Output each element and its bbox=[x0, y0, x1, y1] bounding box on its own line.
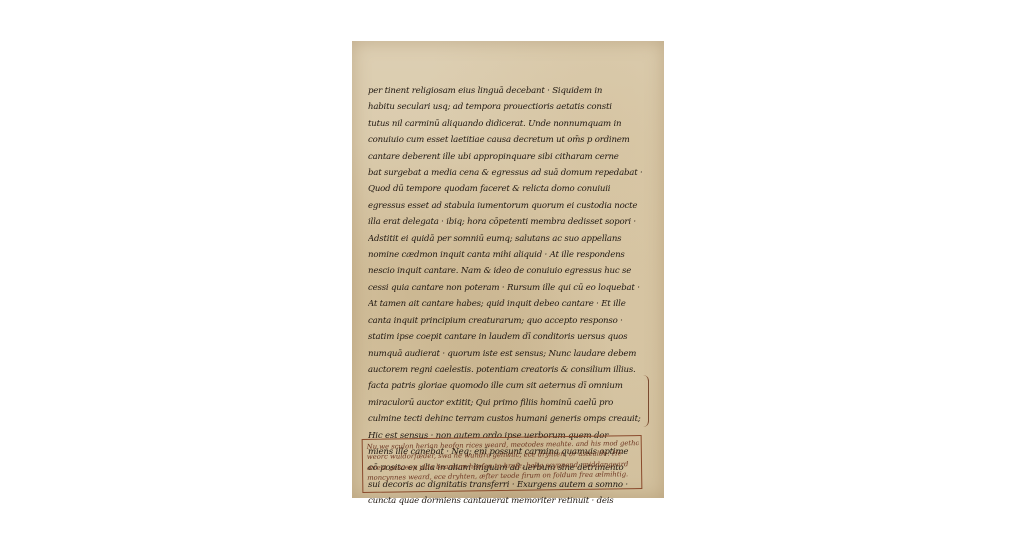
margin-bracket bbox=[642, 375, 649, 427]
text-line: egressus esset ad stabula iumentorum quo… bbox=[368, 198, 660, 214]
text-line: cessi quia cantare non poteram · Rursum … bbox=[368, 280, 660, 296]
text-line: cantare deberent ille ubi appropinquare … bbox=[368, 149, 660, 165]
text-line: cuncta quae dormiens cantauerat memorite… bbox=[368, 493, 660, 509]
old-english-gloss-text: Nu we sculon herian heofon rices weard, … bbox=[367, 438, 640, 483]
manuscript-page: per tinent religiosam eius linguā deceba… bbox=[352, 41, 664, 498]
text-line: canta inquit principium creaturarum; quo… bbox=[368, 313, 660, 329]
text-line: habitu seculari usq; ad tempora prouecti… bbox=[368, 99, 660, 115]
text-line: numquā audierat · quorum iste est sensus… bbox=[368, 346, 660, 362]
text-line: statim ipse coepit cantare in laudem dī … bbox=[368, 329, 660, 345]
text-line: conuiuio cum esset laetitiae causa decre… bbox=[368, 132, 660, 148]
text-line: auctorem regni caelestis. potentiam crea… bbox=[368, 362, 660, 378]
text-line: tutus nil carminū aliquando didicerat. U… bbox=[368, 116, 660, 132]
text-line: At tamen ait cantare habes; quid inquit … bbox=[368, 296, 660, 312]
text-line: facta patris gloriae quomodo ille cum si… bbox=[368, 378, 660, 394]
text-line: miraculorū auctor extitit; Qui primo fil… bbox=[368, 395, 660, 411]
text-line: nescio inquit cantare. Nam & ideo de con… bbox=[368, 263, 660, 279]
text-line: bat surgebat a media cena & egressus ad … bbox=[368, 165, 660, 181]
text-line: nomine cædmon inquit canta mihi aliquid … bbox=[368, 247, 660, 263]
old-english-gloss-box: Nu we sculon herian heofon rices weard, … bbox=[362, 435, 643, 493]
text-line: Quod dū tempore quodam faceret & relicta… bbox=[368, 181, 660, 197]
text-line: Adstitit ei quidā per somniū eumq; salut… bbox=[368, 231, 660, 247]
text-line: culmine tecti dehinc terram custos human… bbox=[368, 411, 660, 427]
text-line: illa erat delegata · ibiq; hora cōpetent… bbox=[368, 214, 660, 230]
text-line: per tinent religiosam eius linguā deceba… bbox=[368, 83, 660, 99]
